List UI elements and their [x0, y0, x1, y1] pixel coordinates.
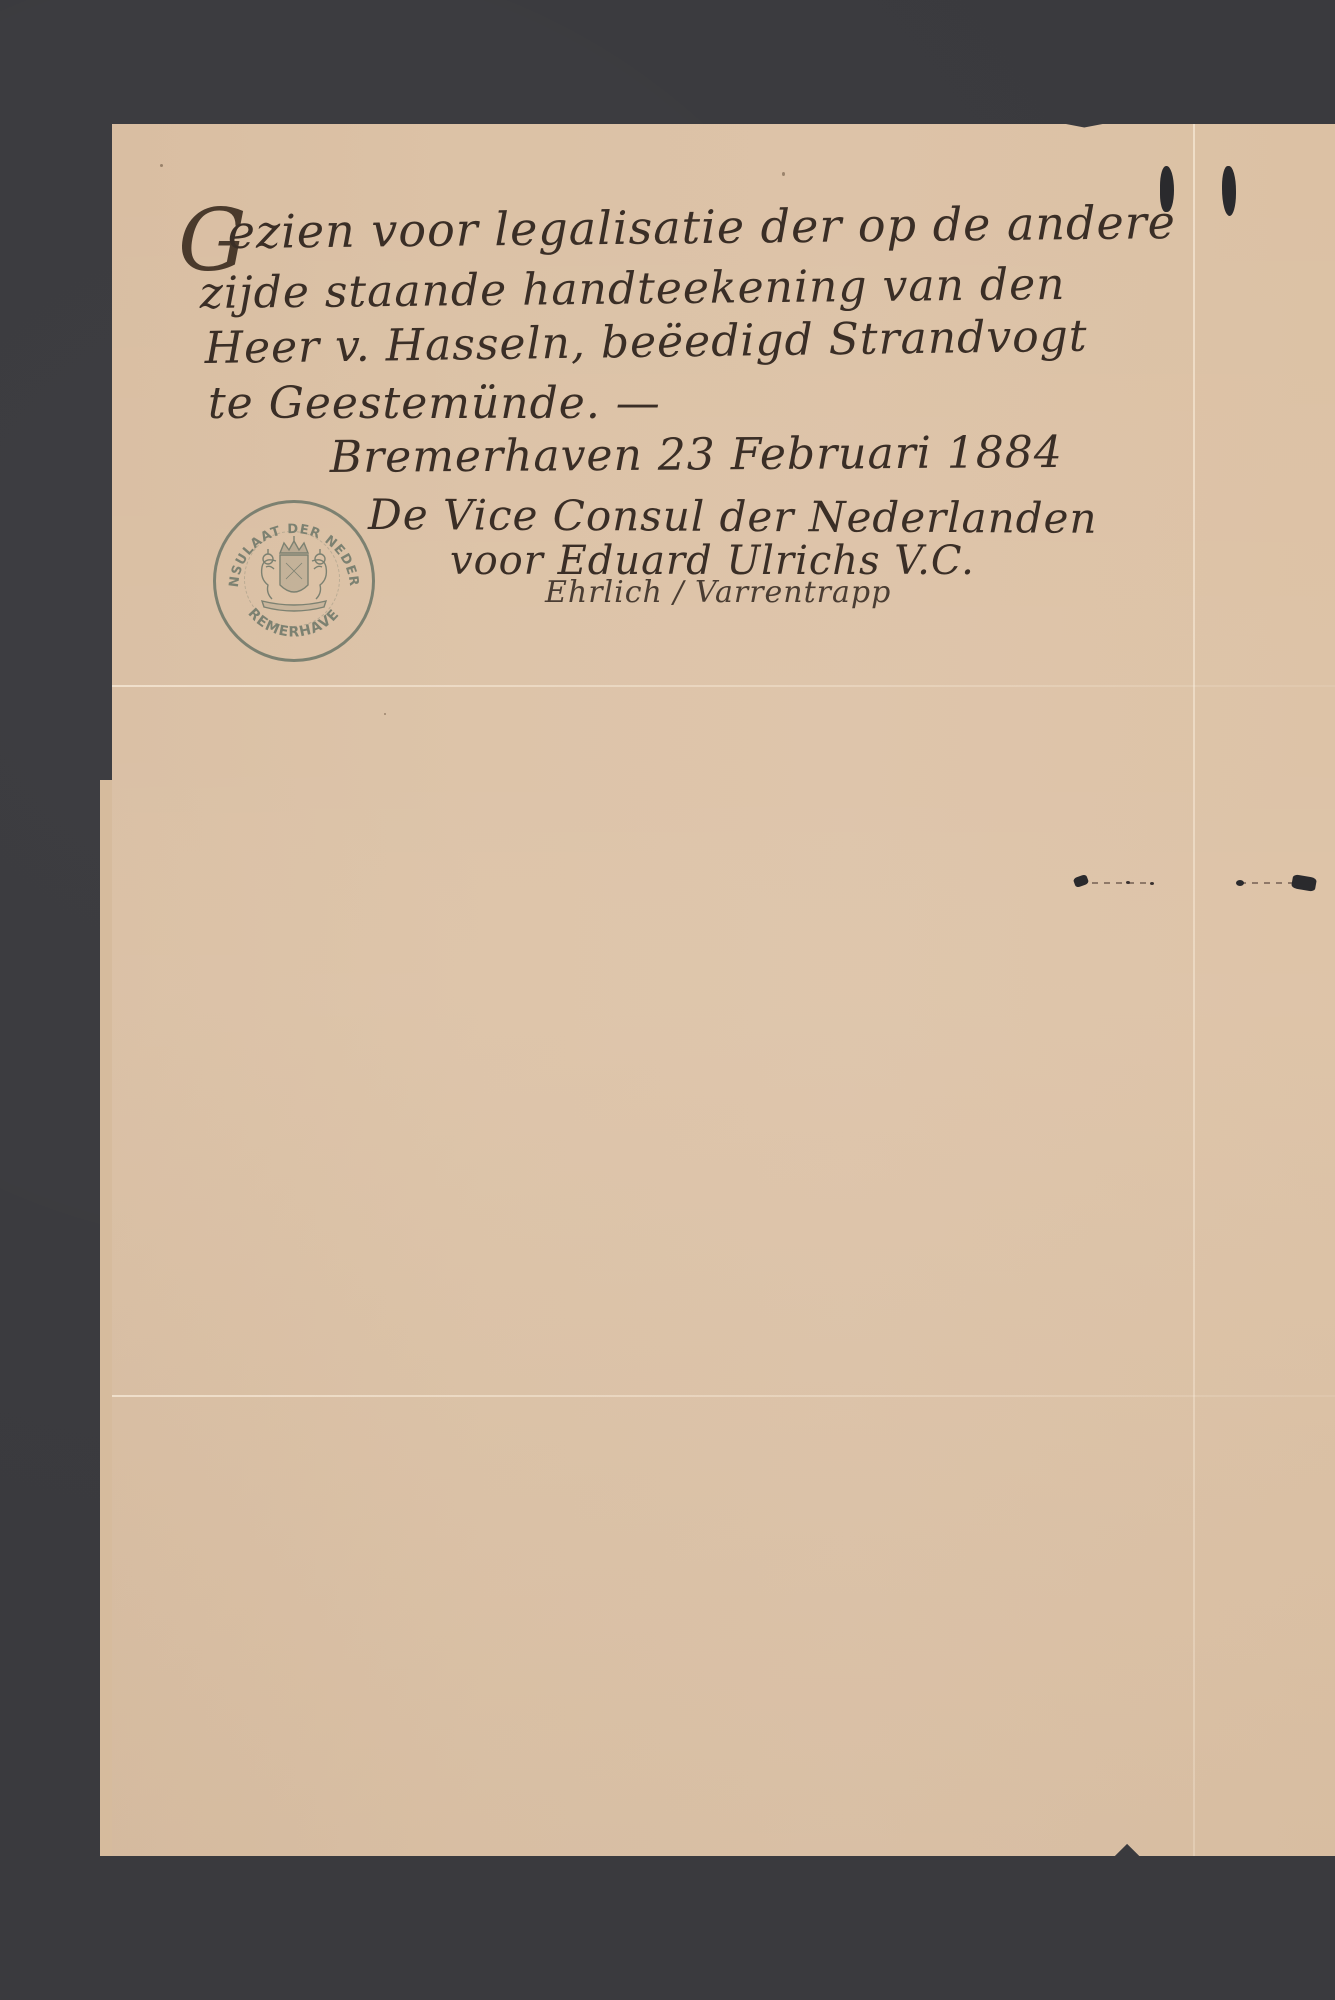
- fold-line-horizontal-lower: [112, 1395, 1335, 1397]
- paper-speck: [384, 713, 386, 715]
- handwriting-signature-title: De Vice Consul der Nederlanden: [368, 490, 1098, 543]
- fold-line-horizontal-upper: [112, 685, 1335, 687]
- perforation-dot: [1126, 881, 1130, 884]
- handwriting-signature-countersign: Ehrlich / Varrentrapp: [545, 575, 891, 610]
- paper-speck: [782, 172, 785, 176]
- perforation-hole-small: [1236, 880, 1244, 886]
- paper-speck: [160, 164, 163, 167]
- stamp-graphic: VICE CONSULAAT DER NEDERLANDEN BREMERHAV…: [216, 503, 372, 659]
- handwriting-place-date: Bremerhaven 23 Februari 1884: [330, 427, 1063, 483]
- perforation-tear-left: [1080, 882, 1150, 884]
- handwriting-line-2: zijde staande handteekening van den: [199, 259, 1065, 319]
- fold-line-vertical: [1193, 124, 1195, 1856]
- paper-edge-lower-left: [100, 780, 114, 1856]
- binding-hole-right: [1222, 166, 1236, 216]
- coat-of-arms-icon: [262, 536, 327, 611]
- handwriting-line-1: ezien voor legalisatie der op de andere: [227, 195, 1176, 259]
- perforation-dot: [1150, 882, 1154, 885]
- handwriting-line-4: te Geestemünde. —: [208, 378, 661, 429]
- consular-stamp: VICE CONSULAAT DER NEDERLANDEN BREMERHAV…: [213, 500, 375, 662]
